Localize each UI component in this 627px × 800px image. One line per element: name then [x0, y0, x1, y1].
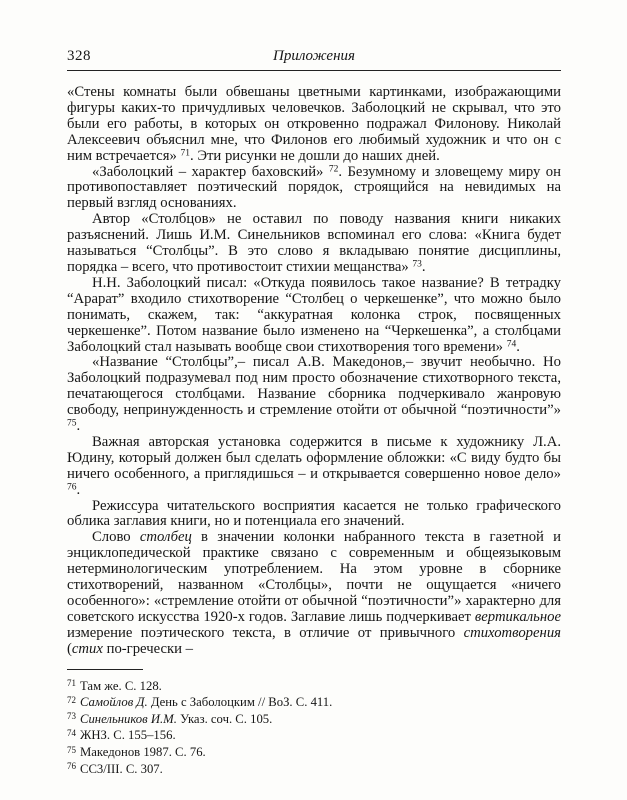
footnote-ref: 75 [67, 419, 77, 429]
footnote-ref: 74 [507, 339, 517, 349]
text-run: «Название “Столбцы”,– писал А.В. Македон… [67, 354, 561, 418]
header-rule [67, 70, 561, 71]
text-run: Важная авторская установка содержится в … [67, 434, 561, 482]
body-text: «Стены комнаты были обвешаны цветными ка… [67, 85, 561, 658]
text-run: ЖНЗ. С. 155–156. [80, 728, 176, 742]
footnote: 75Македонов 1987. С. 76. [67, 744, 561, 761]
footnote: 72Самойлов Д. День с Заболоцким // ВоЗ. … [67, 694, 561, 711]
text-run: Режиссура читательского восприятия касае… [67, 498, 561, 530]
footnote-ref: 72 [329, 164, 339, 174]
footnote-number: 74 [67, 728, 76, 738]
text-run: Слово [92, 529, 140, 545]
footnote-list: 71Там же. С. 128.72Самойлов Д. День с За… [67, 678, 561, 778]
text-run: Н.Н. Заболоцкий писал: «Откуда появилось… [67, 275, 561, 355]
paragraph: Важная авторская установка содержится в … [67, 435, 561, 499]
footnote-ref: 76 [67, 482, 77, 492]
paragraph: «Заболоцкий – характер баховский» 72. Бе… [67, 165, 561, 213]
italic-text: стихотворения [464, 625, 561, 641]
page-header: 328 Приложения [67, 48, 561, 65]
text-run: по-гречески – [103, 641, 193, 657]
footnotes-section: 71Там же. С. 128.72Самойлов Д. День с За… [67, 669, 561, 778]
text-run: . [516, 339, 520, 355]
running-title: Приложения [67, 48, 561, 65]
footnote: 73Синельников И.М. Указ. соч. С. 105. [67, 711, 561, 728]
paragraph: Режиссура читательского восприятия касае… [67, 499, 561, 531]
text-run: Указ. соч. С. 105. [177, 712, 272, 726]
paragraph: Автор «Столбцов» не оставил по поводу на… [67, 212, 561, 276]
text-run: Там же. С. 128. [80, 679, 162, 693]
footnote-number: 76 [67, 761, 76, 771]
footnote: 71Там же. С. 128. [67, 678, 561, 695]
paragraph: Слово столбец в значении колонки набранн… [67, 530, 561, 657]
italic-text: стих [72, 641, 103, 657]
page-content: 328 Приложения «Стены комнаты были обвеш… [67, 48, 561, 777]
footnote: 74ЖНЗ. С. 155–156. [67, 727, 561, 744]
italic-text: Самойлов Д. [80, 695, 148, 709]
text-run: СС3/III. С. 307. [80, 762, 163, 776]
text-run: «Заболоцкий – характер баховский» [92, 164, 329, 180]
book-page: 328 Приложения «Стены комнаты были обвеш… [0, 0, 627, 800]
footnote-ref: 73 [412, 259, 422, 269]
footnote-number: 71 [67, 678, 76, 688]
text-run: День с Заболоцким // ВоЗ. С. 411. [148, 695, 333, 709]
italic-text: столбец [140, 529, 192, 545]
footnote-number: 73 [67, 711, 76, 721]
paragraph: «Стены комнаты были обвешаны цветными ка… [67, 85, 561, 165]
text-run: Македонов 1987. С. 76. [80, 745, 206, 759]
italic-text: вертикальное [475, 609, 561, 625]
footnote-separator [67, 669, 143, 670]
text-run: . Эти рисунки не дошли до наших дней. [190, 148, 440, 164]
italic-text: Синельников И.М. [80, 712, 177, 726]
footnote: 76СС3/III. С. 307. [67, 761, 561, 778]
text-run: . [77, 482, 81, 498]
text-run: Автор «Столбцов» не оставил по поводу на… [67, 211, 561, 275]
text-run: измерение поэтического текста, в отличие… [67, 625, 464, 641]
paragraph: Н.Н. Заболоцкий писал: «Откуда появилось… [67, 276, 561, 356]
text-run: . [77, 418, 81, 434]
text-run: . [422, 259, 426, 275]
paragraph: «Название “Столбцы”,– писал А.В. Македон… [67, 355, 561, 435]
footnote-number: 72 [67, 695, 76, 705]
footnote-ref: 71 [180, 148, 190, 158]
footnote-number: 75 [67, 745, 76, 755]
